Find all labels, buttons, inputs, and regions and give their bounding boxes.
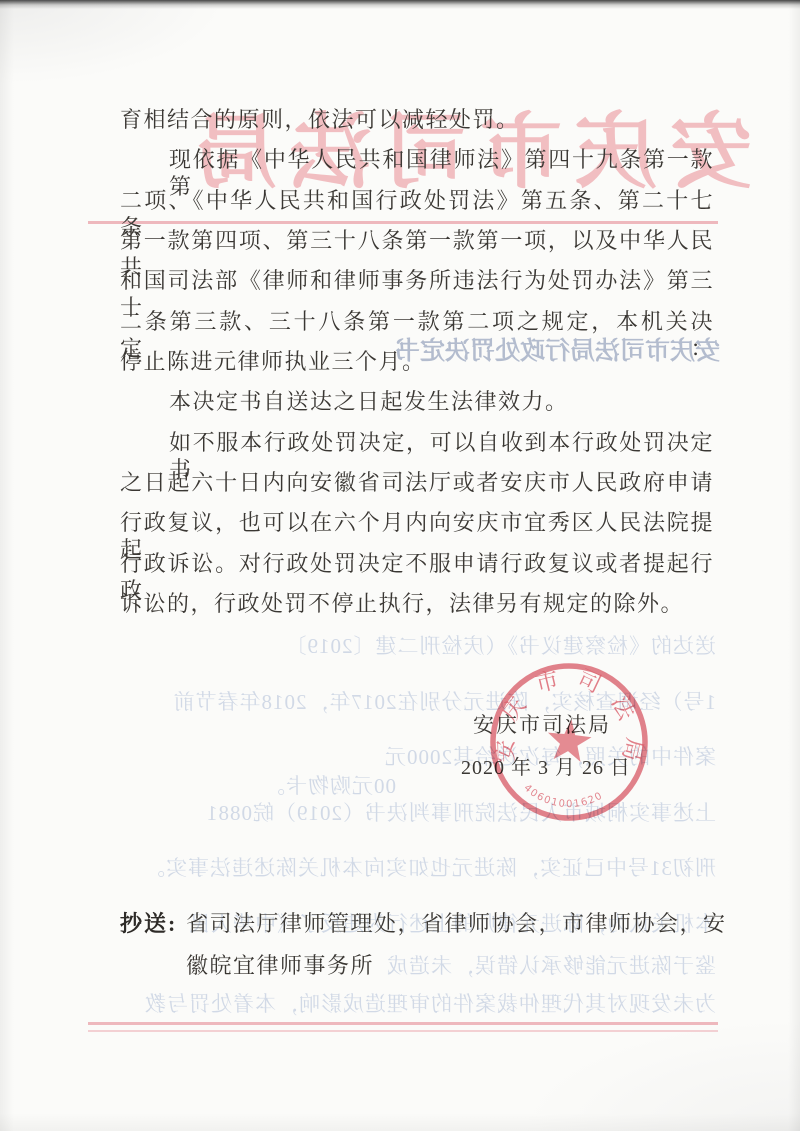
cc-line: 徽皖宜律师事务所 bbox=[186, 949, 374, 980]
seal-org-text: 安庆市司法局 bbox=[489, 656, 655, 778]
body-line: 育相结合的原则，依法可以减轻处罚。 bbox=[120, 106, 714, 133]
seal-star-icon bbox=[545, 717, 593, 763]
body-line: 停止陈进元律师执业三个月。 bbox=[120, 348, 714, 375]
bleedthrough-line: 刑初31号中已证实，陈进元也如实向本机关陈述违法事实。 bbox=[96, 852, 716, 882]
body-line: 诉讼的，行政处罚不停止执行，法律另有规定的除外。 bbox=[120, 590, 714, 617]
bleedthrough-line: 为未发现对其代理仲裁案件的审理造成影响，本着处罚与教 bbox=[96, 988, 716, 1018]
cc-label: 抄送: bbox=[120, 907, 177, 938]
bleedthrough-line: 00元购物卡。 bbox=[96, 770, 396, 800]
bleedthrough-red-rule-bottom bbox=[88, 1022, 718, 1025]
body-line: 本决定书自送达之日起发生法律效力。 bbox=[120, 388, 714, 415]
cc-line: 省司法厅律师管理处，省律师协会，市律师协会，安 bbox=[186, 907, 714, 938]
body-line: 之日起六十日内向安徽省司法厅或者安庆市人民政府申请 bbox=[120, 469, 714, 496]
bleedthrough-red-rule-bottom bbox=[88, 1030, 718, 1032]
official-seal: 安庆市司法局 3406010016203 bbox=[465, 638, 674, 847]
scan-top-edge bbox=[0, 0, 800, 9]
